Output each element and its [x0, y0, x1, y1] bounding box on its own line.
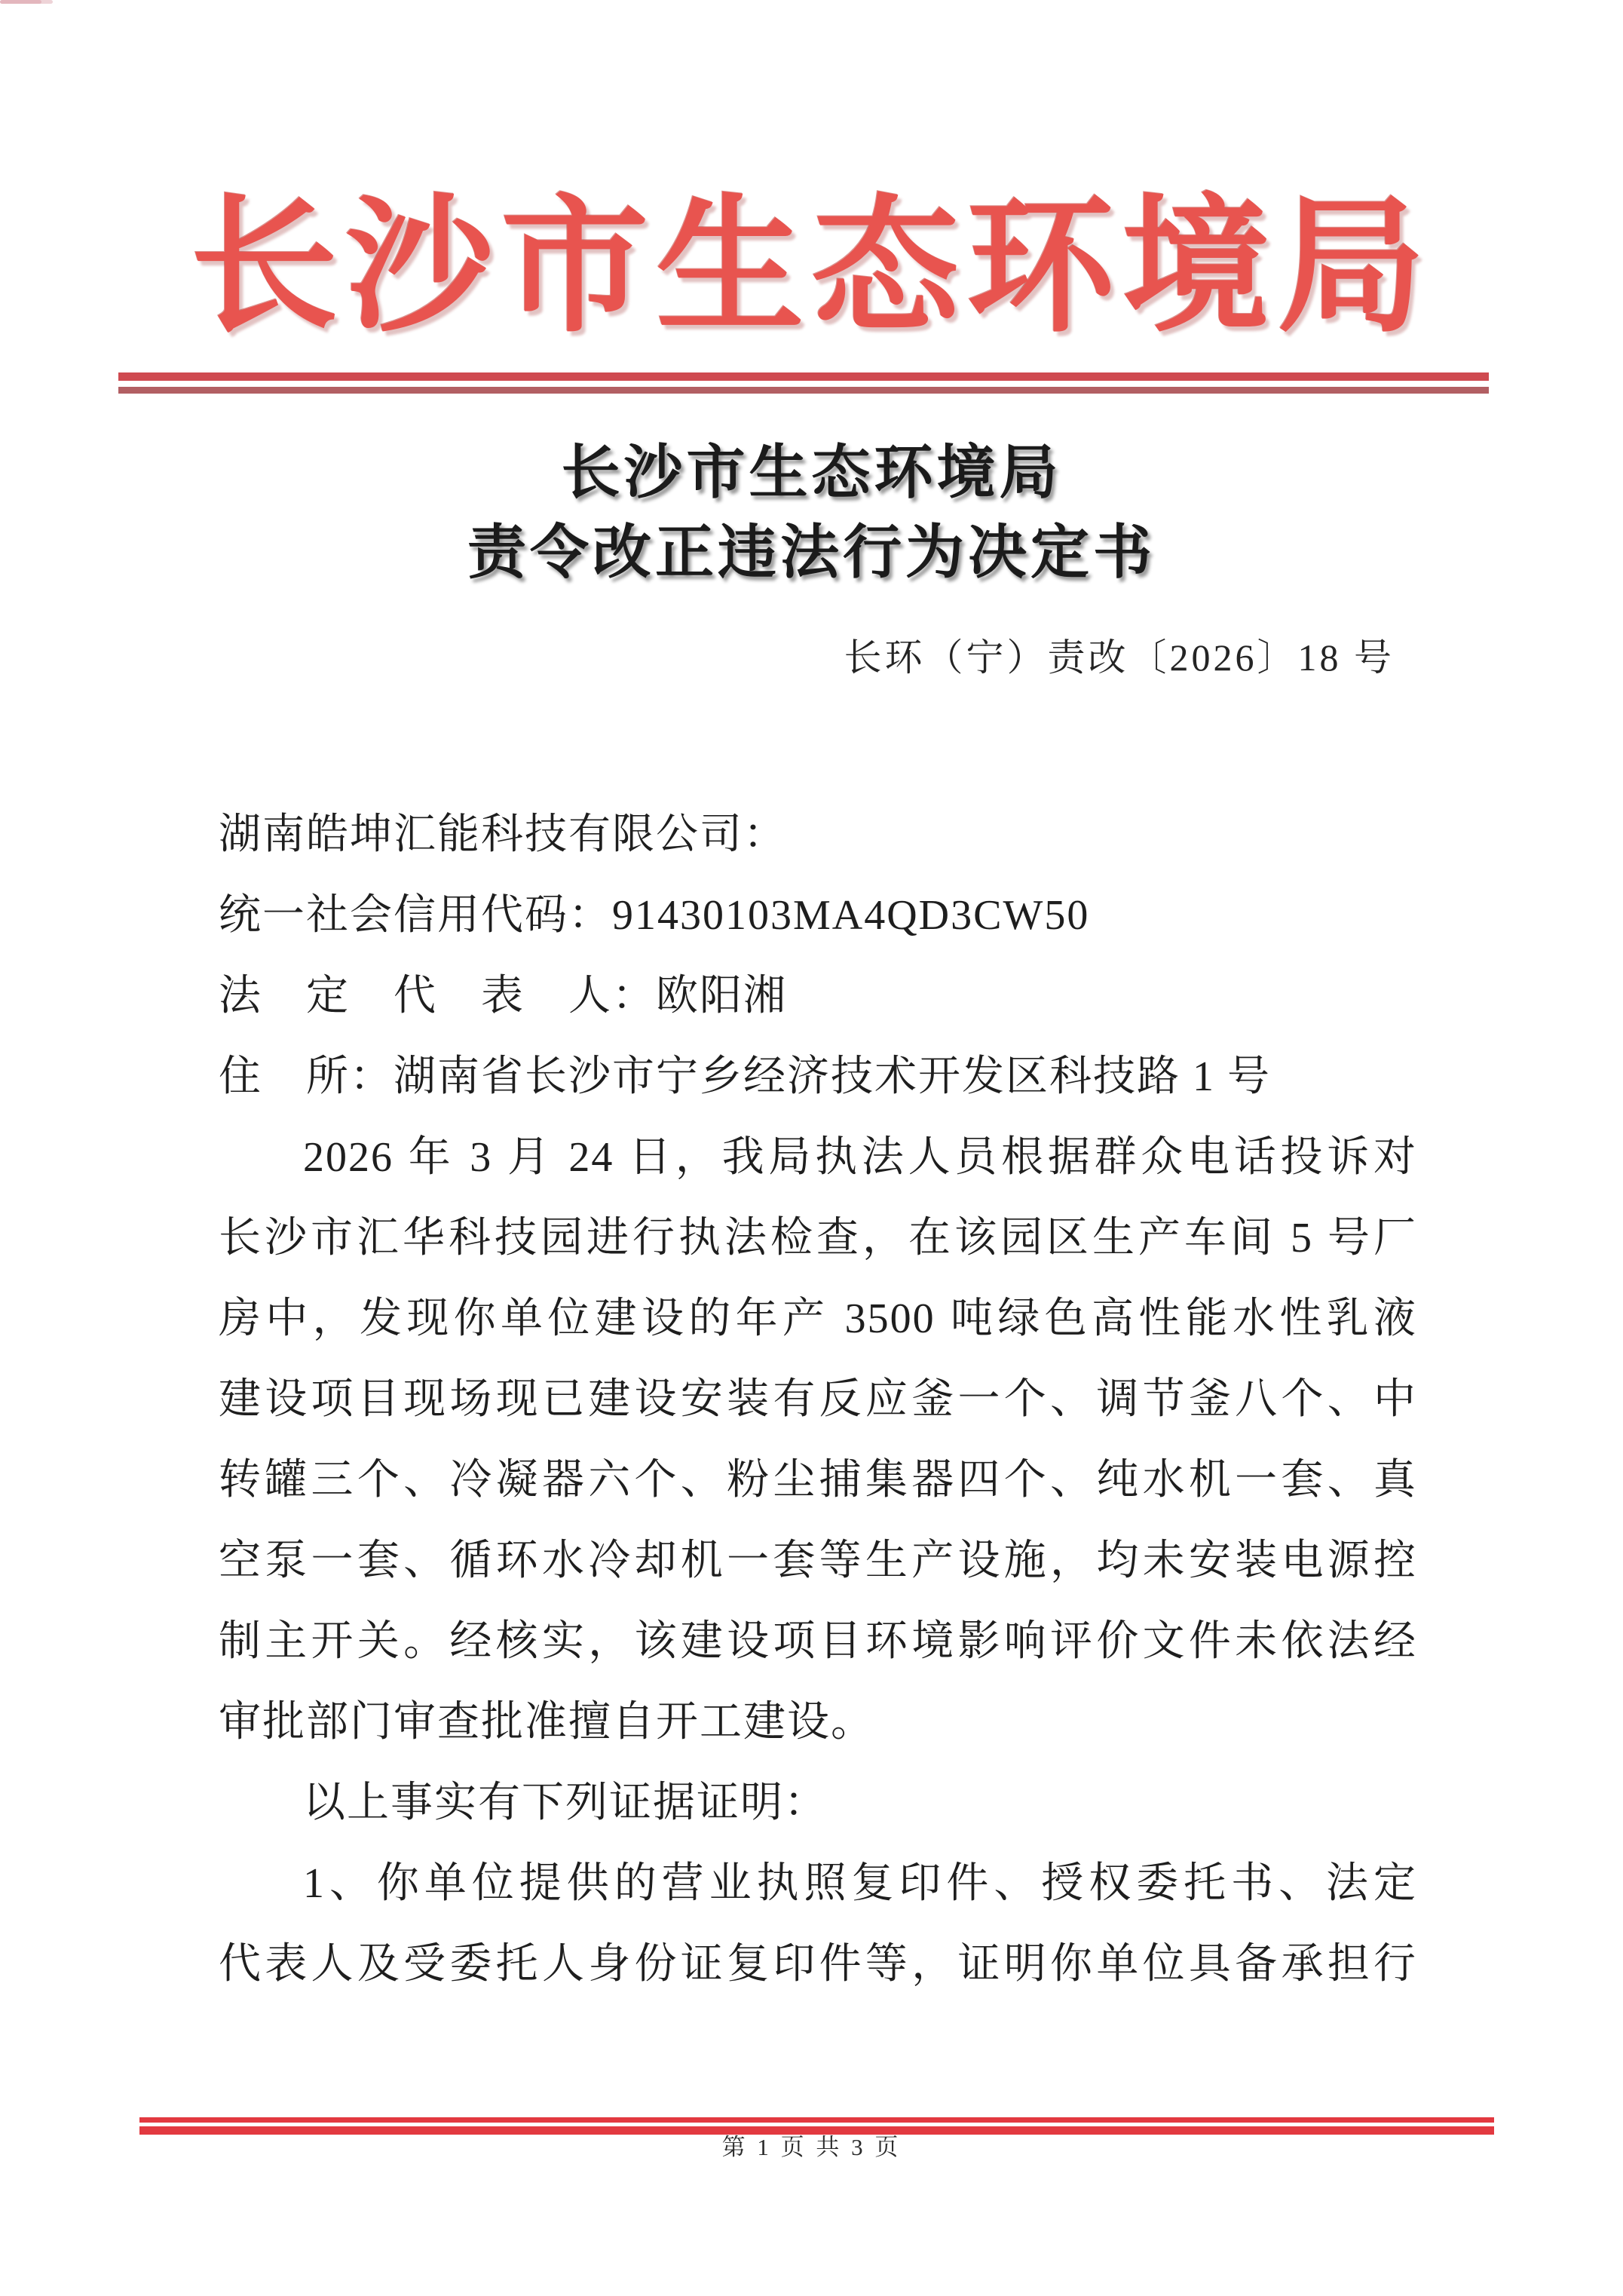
letterhead-rule-bottom — [118, 387, 1489, 394]
body-line: 建设项目现场现已建设安装有反应釜一个、调节釜八个、中 — [219, 1360, 1417, 1440]
document-title-line1: 长沙市生态环境局 — [0, 433, 1623, 513]
body-line: 转罐三个、冷凝器六个、粉尘捕集器四个、纯水机一套、真 — [219, 1440, 1417, 1521]
document-number: 长环（宁）责改〔2026〕18 号 — [219, 629, 1417, 686]
body-line: 2026 年 3 月 24 日，我局执法人员根据群众电话投诉对 — [219, 1117, 1417, 1198]
body-line: 制主开关。经核实，该建设项目环境影响评价文件未依法经 — [219, 1602, 1417, 1682]
body-line: 长沙市汇华科技园进行执法检查，在该园区生产车间 5 号厂 — [219, 1198, 1417, 1279]
body-line: 审批部门审查批准擅自开工建设。 — [219, 1682, 1417, 1763]
body-line: 湖南皓坤汇能科技有限公司： — [219, 795, 1417, 875]
document-page: 长沙市生态环境局 长沙市生态环境局 责令改正违法行为决定书 长环（宁）责改〔20… — [0, 0, 1623, 2296]
body-line: 房中，发现你单位建设的年产 3500 吨绿色高性能水性乳液 — [219, 1279, 1417, 1360]
footer-rule-top — [139, 2117, 1494, 2123]
page-number: 第 1 页 共 3 页 — [0, 2132, 1623, 2163]
body-line: 统一社会信用代码：91430103MA4QD3CW50 — [219, 875, 1417, 956]
agency-letterhead: 长沙市生态环境局 — [0, 187, 1623, 349]
body-line: 1、你单位提供的营业执照复印件、授权委托书、法定 — [219, 1844, 1417, 1924]
body-text: 湖南皓坤汇能科技有限公司：统一社会信用代码：91430103MA4QD3CW50… — [219, 795, 1417, 2005]
body-line: 住 所：湖南省长沙市宁乡经济技术开发区科技路 1 号 — [219, 1037, 1417, 1117]
body-line: 代表人及受委托人身份证复印件等，证明你单位具备承担行 — [219, 1924, 1417, 2005]
scan-artifact — [0, 0, 41, 4]
body-line: 法 定 代 表 人：欧阳湘 — [219, 956, 1417, 1037]
body-line: 以上事实有下列证据证明： — [219, 1763, 1417, 1844]
letterhead-rule-top — [118, 372, 1489, 381]
body-line: 空泵一套、循环水冷却机一套等生产设施，均未安装电源控 — [219, 1521, 1417, 1602]
document-title-line2: 责令改正违法行为决定书 — [0, 513, 1623, 593]
document-title: 长沙市生态环境局 责令改正违法行为决定书 — [0, 433, 1623, 593]
